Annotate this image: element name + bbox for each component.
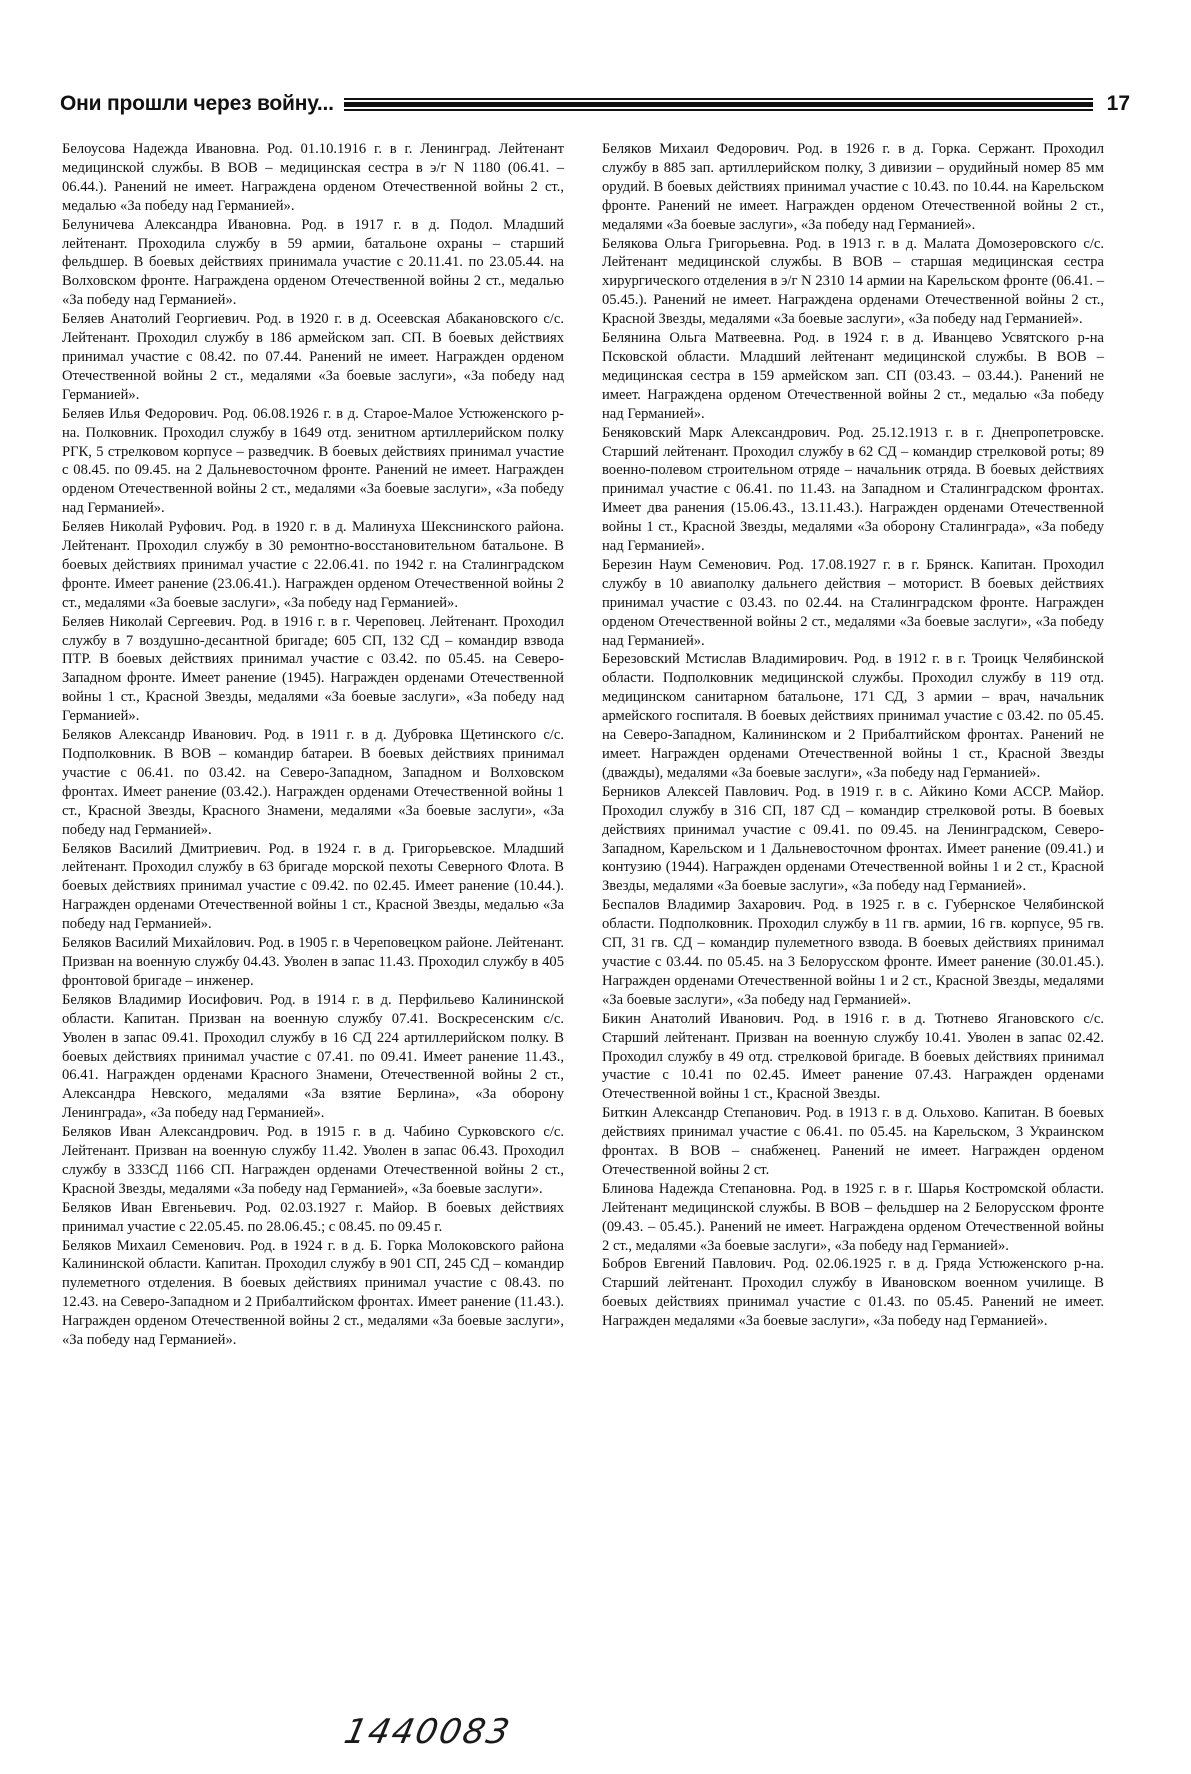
biography-entry: Беляев Илья Федорович. Род. 06.08.1926 г… [62, 405, 564, 518]
left-column: Белоусова Надежда Ивановна. Род. 01.10.1… [62, 140, 564, 1350]
biography-entry: Беляков Владимир Иосифович. Род. в 1914 … [62, 991, 564, 1123]
biography-entry: Белякова Ольга Григорьевна. Род. в 1913 … [602, 235, 1104, 330]
biography-entry: Беляков Иван Евгеньевич. Род. 02.03.1927… [62, 1199, 564, 1237]
biography-entry: Березовский Мстислав Владимирович. Род. … [602, 650, 1104, 782]
biography-entry: Блинова Надежда Степановна. Род. в 1925 … [602, 1180, 1104, 1256]
biography-entry: Бобров Евгений Павлович. Род. 02.06.1925… [602, 1255, 1104, 1331]
biography-entry: Беляков Александр Иванович. Род. в 1911 … [62, 726, 564, 839]
right-column: Беляков Михаил Федорович. Род. в 1926 г.… [602, 140, 1104, 1331]
biography-entry: Бикин Анатолий Иванович. Род. в 1916 г. … [602, 1010, 1104, 1105]
biography-entry: Беляков Василий Дмитриевич. Род. в 1924 … [62, 840, 564, 935]
biography-entry: Белоусова Надежда Ивановна. Род. 01.10.1… [62, 140, 564, 216]
page-number: 17 [1107, 92, 1130, 116]
biography-entry: Беляков Михаил Семенович. Род. в 1924 г.… [62, 1237, 564, 1350]
biography-entry: Белуничева Александра Ивановна. Род. в 1… [62, 216, 564, 311]
biography-entry: Белянина Ольга Матвеевна. Род. в 1924 г.… [602, 329, 1104, 424]
biography-entry: Беняковский Марк Александрович. Род. 25.… [602, 424, 1104, 556]
biography-entry: Беляков Михаил Федорович. Род. в 1926 г.… [602, 140, 1104, 235]
running-header: Они прошли через войну... 17 [60, 84, 1130, 124]
biography-entry: Беляев Николай Сергеевич. Род. в 1916 г.… [62, 613, 564, 726]
header-rule-divider [344, 97, 1093, 111]
handwritten-inventory-number: 1440083 [341, 1712, 515, 1752]
biography-entry: Беляков Василий Михайлович. Род. в 1905 … [62, 934, 564, 991]
biography-entry: Биткин Александр Степанович. Род. в 1913… [602, 1104, 1104, 1180]
biography-entry: Березин Наум Семенович. Род. 17.08.1927 … [602, 556, 1104, 651]
biography-entry: Беспалов Владимир Захарович. Род. в 1925… [602, 896, 1104, 1009]
biography-entry: Беляев Анатолий Георгиевич. Род. в 1920 … [62, 310, 564, 405]
biography-entry: Берников Алексей Павлович. Род. в 1919 г… [602, 783, 1104, 896]
running-header-title: Они прошли через войну... [60, 92, 334, 116]
biography-entry: Беляков Иван Александрович. Род. в 1915 … [62, 1123, 564, 1199]
biography-entry: Беляев Николай Руфович. Род. в 1920 г. в… [62, 518, 564, 613]
